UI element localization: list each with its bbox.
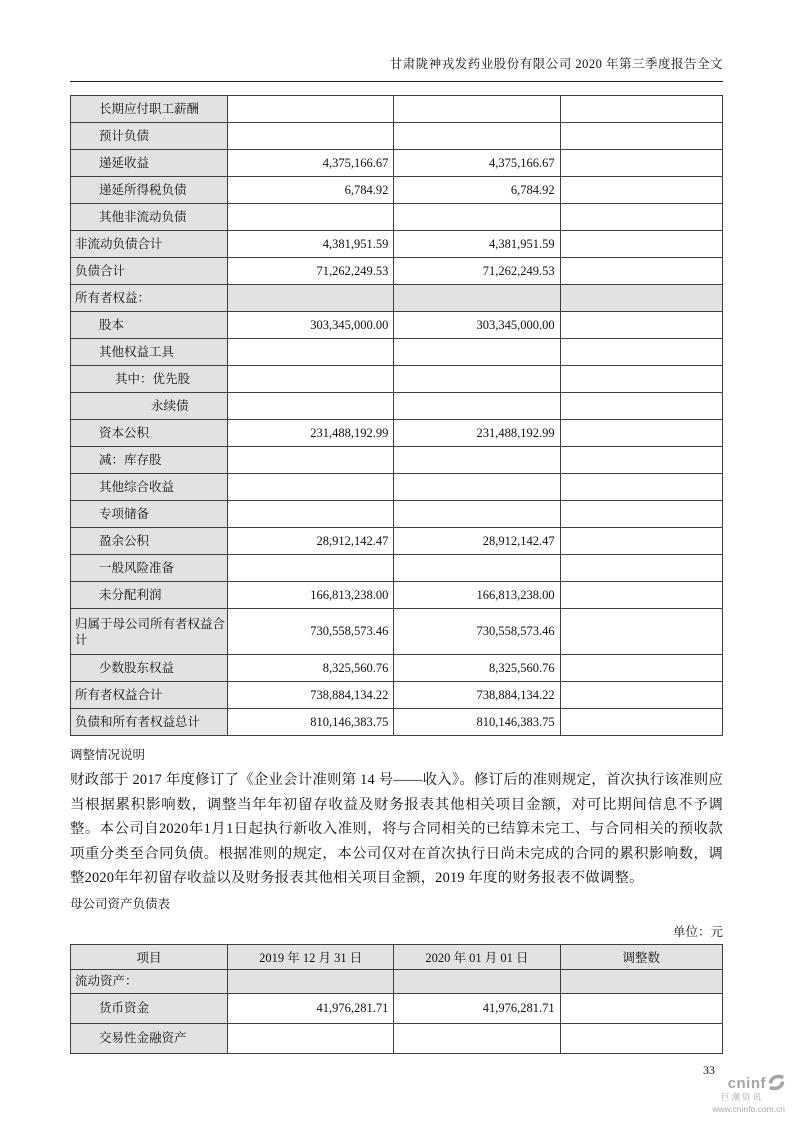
row-label: 预计负债 xyxy=(71,123,228,150)
row-value: 8,325,560.76 xyxy=(228,655,394,682)
table-row: 其他权益工具 xyxy=(71,339,723,366)
table-row: 盈余公积28,912,142.4728,912,142.47 xyxy=(71,528,723,555)
table-row: 专项储备 xyxy=(71,501,723,528)
row-label: 交易性金融资产 xyxy=(71,1023,228,1053)
row-value: 730,558,573.46 xyxy=(394,609,560,655)
cninfo-brand-text: cninf xyxy=(728,1076,766,1093)
row-value xyxy=(560,123,722,150)
row-label: 所有者权益： xyxy=(71,285,228,312)
row-value: 166,813,238.00 xyxy=(394,582,560,609)
column-header: 2019 年 12 月 31 日 xyxy=(228,944,394,969)
row-value: 738,884,134.22 xyxy=(228,682,394,709)
row-value: 4,375,166.67 xyxy=(394,150,560,177)
cninfo-url: www.cninfo.com.cn xyxy=(685,1105,785,1114)
row-value: 4,375,166.67 xyxy=(228,150,394,177)
row-label: 货币资金 xyxy=(71,993,228,1023)
row-value: 4,381,951.59 xyxy=(228,231,394,258)
row-value: 810,146,383.75 xyxy=(228,709,394,736)
cninfo-logo: cninf 巨潮资讯 www.cninfo.com.cn xyxy=(685,1074,785,1114)
table-row: 货币资金41,976,281.7141,976,281.71 xyxy=(71,993,723,1023)
parent-balance-sheet-table: 项目 2019 年 12 月 31 日 2020 年 01 月 01 日 调整数… xyxy=(70,944,723,1054)
table-row: 递延所得税负债6,784.926,784.92 xyxy=(71,177,723,204)
row-value xyxy=(560,285,722,312)
adjustment-note-paragraph: 财政部于 2017 年度修订了《企业会计准则第 14 号——收入》。修订后的准则… xyxy=(70,768,723,891)
page-number: 33 xyxy=(70,1063,723,1078)
row-label: 其中：优先股 xyxy=(71,366,228,393)
row-value: 41,976,281.71 xyxy=(228,993,394,1023)
row-value xyxy=(228,969,394,993)
row-value xyxy=(394,123,560,150)
row-value xyxy=(560,993,722,1023)
row-value xyxy=(560,420,722,447)
row-value xyxy=(560,231,722,258)
table-row: 资本公积231,488,192.99231,488,192.99 xyxy=(71,420,723,447)
row-label: 负债合计 xyxy=(71,258,228,285)
table-row: 所有者权益： xyxy=(71,285,723,312)
adjustment-note-heading: 调整情况说明 xyxy=(70,745,723,763)
page-header: 甘肃陇神戎发药业股份有限公司 2020 年第三季度报告全文 xyxy=(70,54,723,82)
row-value xyxy=(560,501,722,528)
row-label: 非流动负债合计 xyxy=(71,231,228,258)
row-value xyxy=(560,393,722,420)
row-value xyxy=(560,474,722,501)
table-row: 负债和所有者权益总计810,146,383.75810,146,383.75 xyxy=(71,709,723,736)
row-label: 递延收益 xyxy=(71,150,228,177)
row-value xyxy=(228,393,394,420)
row-value xyxy=(560,96,722,123)
row-value xyxy=(560,655,722,682)
row-label: 一般风险准备 xyxy=(71,555,228,582)
row-value: 41,976,281.71 xyxy=(394,993,560,1023)
row-label: 永续债 xyxy=(71,393,228,420)
row-value xyxy=(228,285,394,312)
row-value: 28,912,142.47 xyxy=(228,528,394,555)
row-value: 810,146,383.75 xyxy=(394,709,560,736)
consolidated-balance-sheet-table: 长期应付职工薪酬预计负债递延收益4,375,166.674,375,166.67… xyxy=(70,95,723,736)
table-row: 其中：优先股 xyxy=(71,366,723,393)
row-value xyxy=(228,204,394,231)
cninfo-chinese-name: 巨潮资讯 xyxy=(685,1093,763,1102)
row-value xyxy=(560,339,722,366)
row-label: 其他权益工具 xyxy=(71,339,228,366)
row-value: 303,345,000.00 xyxy=(228,312,394,339)
row-value xyxy=(560,582,722,609)
row-value xyxy=(394,339,560,366)
row-value: 4,381,951.59 xyxy=(394,231,560,258)
row-value xyxy=(394,501,560,528)
table-row: 预计负债 xyxy=(71,123,723,150)
row-value xyxy=(228,474,394,501)
table-row: 未分配利润166,813,238.00166,813,238.00 xyxy=(71,582,723,609)
row-label: 资本公积 xyxy=(71,420,228,447)
column-header: 调整数 xyxy=(560,944,722,969)
cninfo-swoosh-icon xyxy=(768,1074,785,1096)
row-value xyxy=(394,204,560,231)
table-row: 所有者权益合计738,884,134.22738,884,134.22 xyxy=(71,682,723,709)
row-value xyxy=(394,96,560,123)
row-value xyxy=(228,555,394,582)
row-value xyxy=(228,366,394,393)
row-value xyxy=(394,366,560,393)
row-value xyxy=(560,204,722,231)
row-value xyxy=(228,123,394,150)
row-label: 负债和所有者权益总计 xyxy=(71,709,228,736)
row-label: 其他非流动负债 xyxy=(71,204,228,231)
row-value xyxy=(560,177,722,204)
row-label: 专项储备 xyxy=(71,501,228,528)
parent-sheet-heading: 母公司资产负债表 xyxy=(70,894,723,912)
table-row: 永续债 xyxy=(71,393,723,420)
row-value xyxy=(394,474,560,501)
row-value: 730,558,573.46 xyxy=(228,609,394,655)
row-label: 少数股东权益 xyxy=(71,655,228,682)
row-value xyxy=(560,447,722,474)
table-row: 减：库存股 xyxy=(71,447,723,474)
row-label: 归属于母公司所有者权益合计 xyxy=(71,609,228,655)
row-value xyxy=(394,555,560,582)
row-value xyxy=(394,285,560,312)
row-value: 738,884,134.22 xyxy=(394,682,560,709)
row-value: 303,345,000.00 xyxy=(394,312,560,339)
table-row: 负债合计71,262,249.5371,262,249.53 xyxy=(71,258,723,285)
row-value: 71,262,249.53 xyxy=(228,258,394,285)
table-row: 交易性金融资产 xyxy=(71,1023,723,1053)
row-value xyxy=(394,393,560,420)
column-header: 2020 年 01 月 01 日 xyxy=(394,944,560,969)
table-row: 少数股东权益8,325,560.768,325,560.76 xyxy=(71,655,723,682)
row-label: 所有者权益合计 xyxy=(71,682,228,709)
row-value xyxy=(228,1023,394,1053)
row-label: 盈余公积 xyxy=(71,528,228,555)
table-row: 其他综合收益 xyxy=(71,474,723,501)
table-row: 一般风险准备 xyxy=(71,555,723,582)
row-value xyxy=(560,150,722,177)
row-value: 231,488,192.99 xyxy=(228,420,394,447)
row-value: 231,488,192.99 xyxy=(394,420,560,447)
table-row: 其他非流动负债 xyxy=(71,204,723,231)
table-row: 非流动负债合计4,381,951.594,381,951.59 xyxy=(71,231,723,258)
row-value xyxy=(228,96,394,123)
row-value xyxy=(560,709,722,736)
report-title: 甘肃陇神戎发药业股份有限公司 2020 年第三季度报告全文 xyxy=(390,57,723,71)
row-value xyxy=(560,528,722,555)
row-value xyxy=(560,258,722,285)
row-label: 流动资产： xyxy=(71,969,228,993)
row-value xyxy=(560,969,722,993)
row-value: 166,813,238.00 xyxy=(228,582,394,609)
table-row: 长期应付职工薪酬 xyxy=(71,96,723,123)
row-label: 其他综合收益 xyxy=(71,474,228,501)
row-label: 股本 xyxy=(71,312,228,339)
table-header-row: 项目 2019 年 12 月 31 日 2020 年 01 月 01 日 调整数 xyxy=(71,944,723,969)
row-value xyxy=(560,682,722,709)
row-value: 6,784.92 xyxy=(394,177,560,204)
row-value xyxy=(560,366,722,393)
table-row: 递延收益4,375,166.674,375,166.67 xyxy=(71,150,723,177)
table-row: 股本303,345,000.00303,345,000.00 xyxy=(71,312,723,339)
row-value xyxy=(560,1023,722,1053)
row-value xyxy=(560,555,722,582)
unit-label: 单位：元 xyxy=(70,922,723,940)
table-row: 归属于母公司所有者权益合计730,558,573.46730,558,573.4… xyxy=(71,609,723,655)
row-value xyxy=(394,447,560,474)
row-value xyxy=(560,609,722,655)
row-label: 减：库存股 xyxy=(71,447,228,474)
row-label: 未分配利润 xyxy=(71,582,228,609)
row-value xyxy=(228,339,394,366)
row-value xyxy=(394,1023,560,1053)
column-header: 项目 xyxy=(71,944,228,969)
row-label: 长期应付职工薪酬 xyxy=(71,96,228,123)
row-label: 递延所得税负债 xyxy=(71,177,228,204)
row-value xyxy=(560,312,722,339)
row-value: 28,912,142.47 xyxy=(394,528,560,555)
row-value xyxy=(228,501,394,528)
row-value: 8,325,560.76 xyxy=(394,655,560,682)
row-value: 71,262,249.53 xyxy=(394,258,560,285)
report-page: 甘肃陇神戎发药业股份有限公司 2020 年第三季度报告全文 长期应付职工薪酬预计… xyxy=(0,0,793,1122)
row-value xyxy=(228,447,394,474)
row-value: 6,784.92 xyxy=(228,177,394,204)
row-value xyxy=(394,969,560,993)
table-row: 流动资产： xyxy=(71,969,723,993)
